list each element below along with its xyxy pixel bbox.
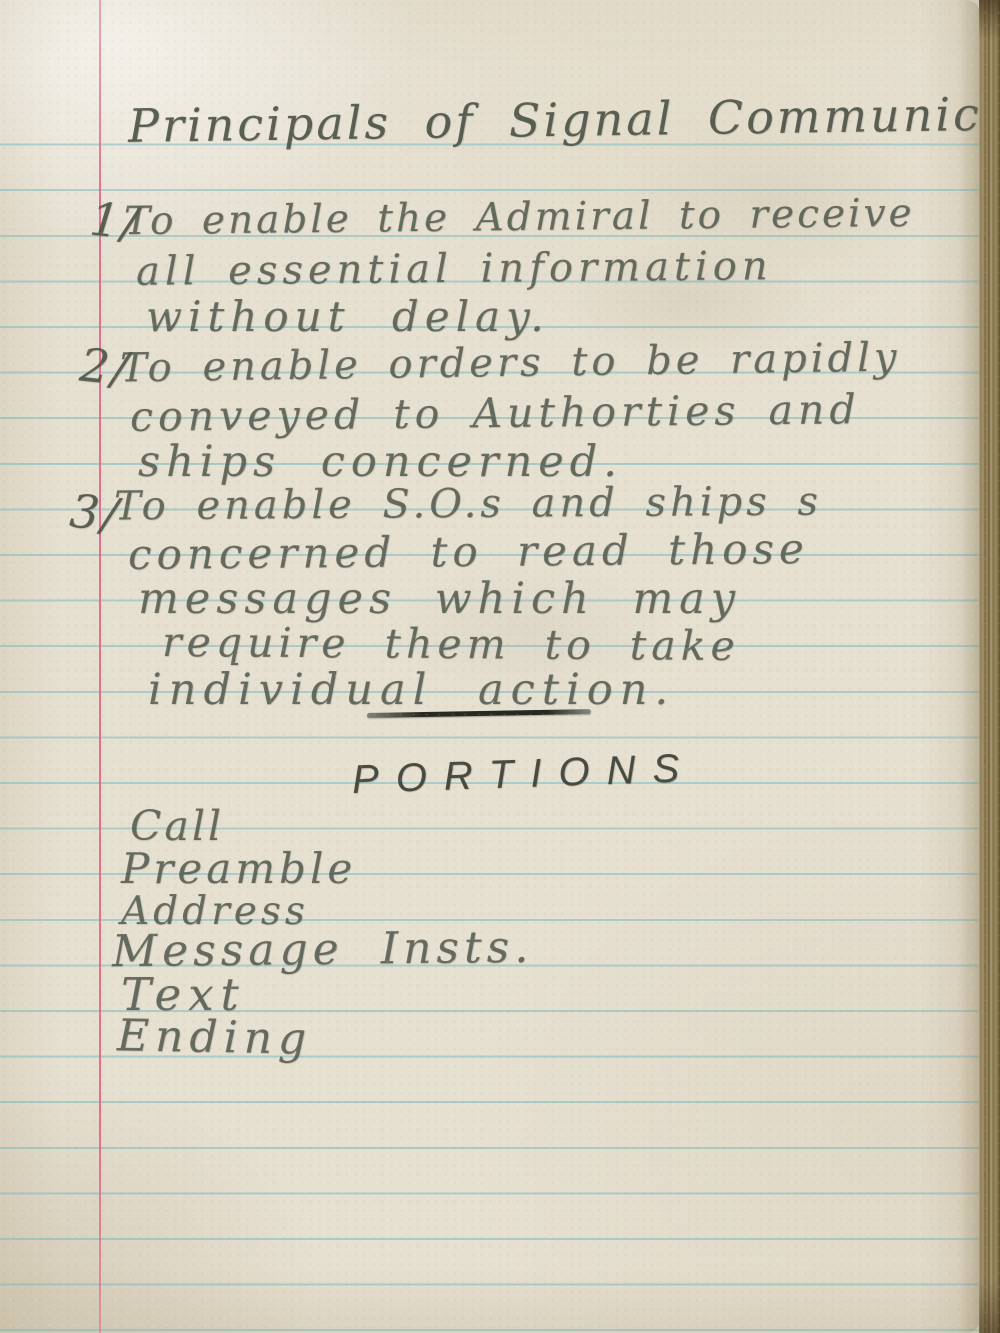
handwriting-line: individual action. [148, 669, 675, 712]
portion-item: Call [130, 806, 224, 847]
handwriting-line: all essential information [136, 246, 773, 292]
portion-item: Preamble [121, 848, 356, 890]
notebook-page: Principals of Signal Communication 1/ To… [0, 0, 1000, 1333]
handwriting-line: require them to take [162, 622, 740, 667]
portion-item: Message Insts. [112, 926, 534, 974]
handwriting-line: ships concerned. [138, 441, 623, 484]
page-edge-stack [979, 0, 1000, 1333]
portion-item: Ending [117, 1014, 313, 1061]
handwriting-line: To enable orders to be rapidly [120, 338, 901, 389]
handwriting-line: To enable the Admiral to receive [124, 194, 915, 241]
page-title: Principals of Signal Communication [128, 89, 1000, 149]
section-heading: PORTIONS [351, 746, 697, 803]
handwriting-line: messages which may [138, 578, 741, 621]
handwriting-line: without delay. [146, 296, 550, 338]
page-curl-shadow [958, 0, 980, 1333]
handwriting-line: To enable S.O.s and ships s [114, 482, 822, 527]
handwriting-line: concerned to read those [128, 528, 809, 576]
handwriting-line: conveyed to Authorties and [130, 389, 861, 438]
